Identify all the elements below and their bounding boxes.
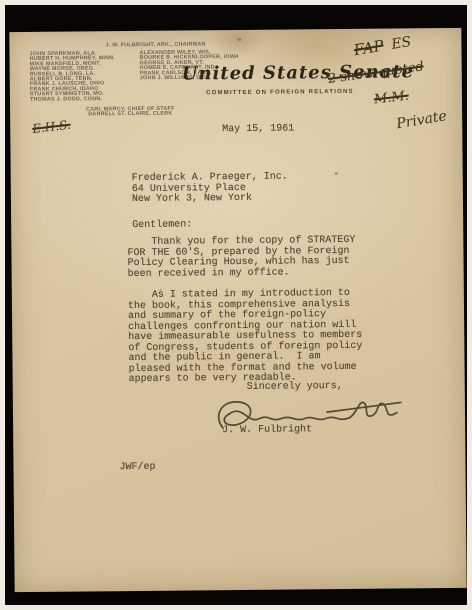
typist-initials: JWF/ep [119, 463, 155, 474]
letter-date: May 15, 1961 [222, 124, 294, 135]
paper-stain [237, 38, 241, 41]
initials-text: M.M. [373, 89, 409, 108]
handwritten-initials: M.M. [373, 89, 409, 108]
chairman-text: J. W. FULBRIGHT, ARK., CHAIRMAN [105, 41, 205, 47]
committee-subtitle: COMMITTEE ON FOREIGN RELATIONS [182, 89, 378, 97]
salutation: Gentlemen: [132, 220, 192, 231]
scanned-letter-photo: J. W. FULBRIGHT, ARK., CHAIRMAN JOHN SPA… [0, 0, 472, 610]
dealer-code-struck: FAP [352, 37, 385, 60]
staff-name: DARRELL ST. CLAIRE, CLERK [86, 111, 175, 117]
dealer-code-rest: ES [390, 34, 412, 53]
letter-paper: J. W. FULBRIGHT, ARK., CHAIRMAN JOHN SPA… [9, 28, 466, 592]
signature-typed-name: J. W. Fulbright [222, 425, 312, 436]
paper-stain [160, 289, 162, 291]
handwritten-dealer-code: FAPES [352, 32, 412, 59]
recipient-address: Frederick A. Praeger, Inc. 64 University… [132, 173, 288, 206]
senator-name: THOMAS J. DODD, CONN. [30, 96, 116, 102]
paper-stain [335, 172, 338, 175]
body-paragraph-1: Thank you for the copy of STRATEGY FOR T… [127, 236, 355, 280]
handwritten-private-note: Private [395, 108, 448, 132]
letterhead-staff-lines: CARL MARCY, CHIEF OF STAFFDARRELL ST. CL… [86, 105, 234, 123]
body-paragraph-2: As I stated in my introduction to the bo… [128, 289, 363, 386]
